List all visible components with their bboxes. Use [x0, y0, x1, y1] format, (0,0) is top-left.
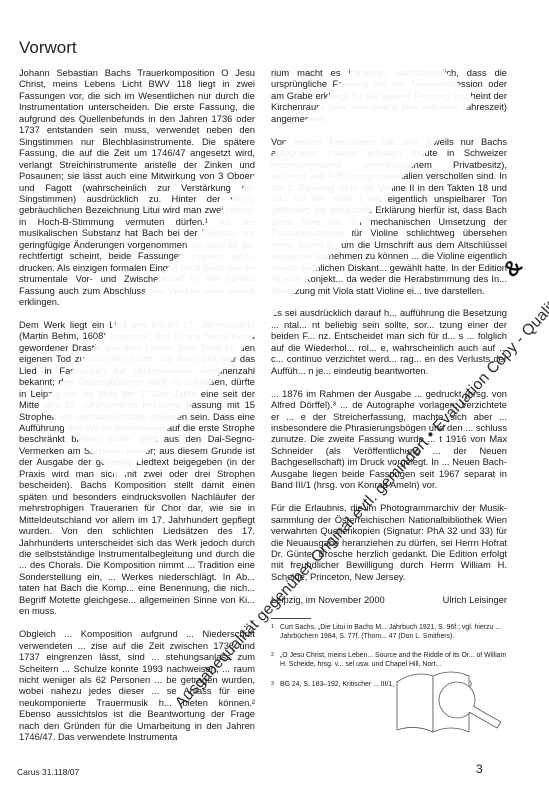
footnote-number: 1 [271, 623, 274, 631]
footnote-number: 3 [271, 680, 274, 688]
book-magnifier-icon [395, 662, 515, 734]
footnote-number: 2 [271, 651, 274, 659]
paragraph-obgleich: Obgleich ... Komposition auf­grund ... N… [19, 629, 255, 744]
page-title: Vorwort [19, 38, 77, 58]
footnote-1: 1Curt Sachs, „Die Litui in Bachs M... Ja… [271, 624, 507, 641]
page-number: 3 [476, 762, 483, 776]
catalog-number: Carus 31.118/07 [17, 767, 79, 777]
signature-line: Leipzig, im November 2000 Ulrich Leising… [271, 595, 507, 606]
signature-name: Ulrich Leisinger [443, 595, 507, 606]
footnote-rule [271, 618, 311, 619]
footnote-text: Curt Sachs, „Die Litui in Bachs M... Jah… [280, 624, 501, 639]
paragraph-besetzung: Es sei ausdrücklich darauf h... auf­führ… [271, 308, 507, 377]
